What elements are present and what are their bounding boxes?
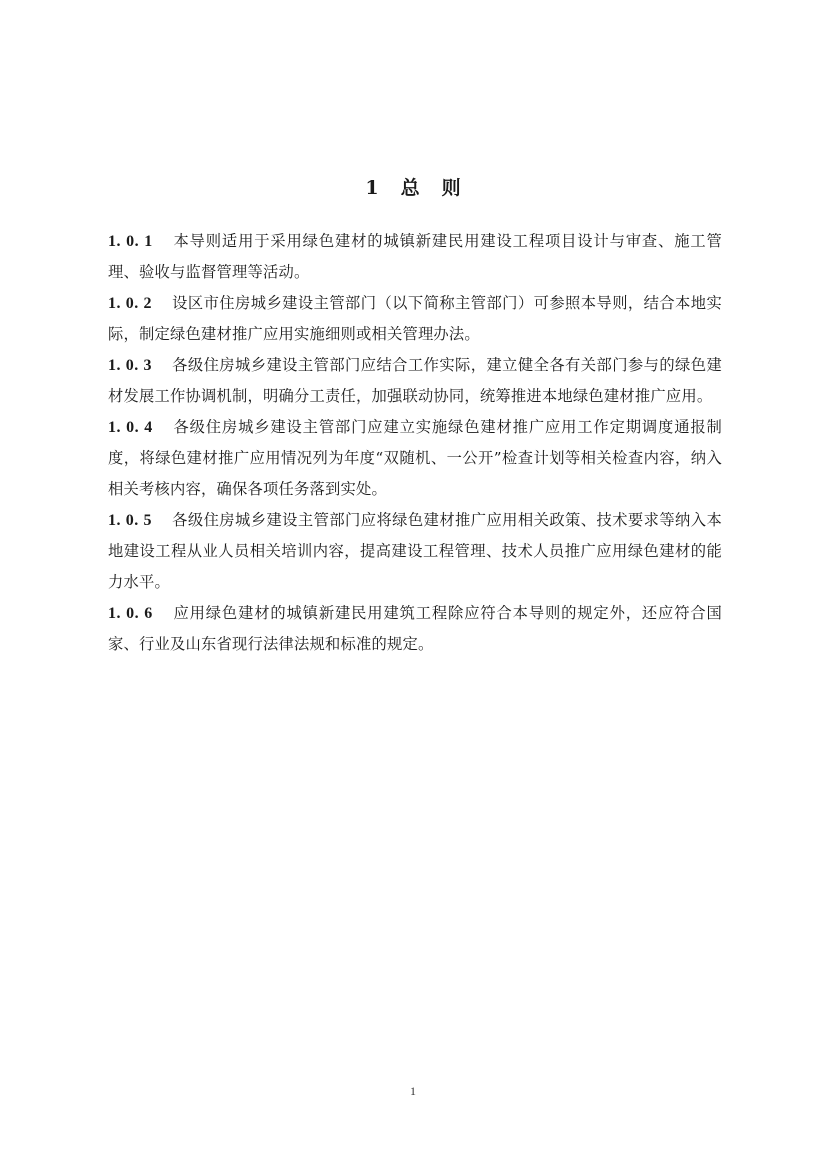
page-number: 1 [0, 1084, 826, 1099]
clause-number: 1. 0. 2 [108, 295, 152, 312]
clause-1-0-5: 1. 0. 5各级住房城乡建设主管部门应将绿色建材推广应用相关政策、技术要求等纳… [108, 505, 722, 598]
chapter-heading: 1总则 [0, 176, 826, 200]
clause-text: 各级住房城乡建设主管部门应将绿色建材推广应用相关政策、技术要求等纳入本地建设工程… [108, 511, 722, 591]
clause-text: 各级住房城乡建设主管部门应结合工作实际，建立健全各有关部门参与的绿色建材发展工作… [108, 356, 722, 405]
chapter-title-char-2: 则 [442, 177, 461, 199]
clause-1-0-3: 1. 0. 3各级住房城乡建设主管部门应结合工作实际，建立健全各有关部门参与的绿… [108, 350, 722, 412]
clause-1-0-2: 1. 0. 2设区市住房城乡建设主管部门（以下简称主管部门）可参照本导则，结合本… [108, 288, 722, 350]
document-page: 1总则 1. 0. 1本导则适用于采用绿色建材的城镇新建民用建设工程项目设计与审… [0, 0, 826, 1169]
clause-1-0-4: 1. 0. 4各级住房城乡建设主管部门应建立实施绿色建材推广应用工作定期调度通报… [108, 412, 722, 505]
clause-number: 1. 0. 1 [108, 233, 153, 250]
clause-number: 1. 0. 6 [108, 605, 153, 622]
clause-text: 各级住房城乡建设主管部门应建立实施绿色建材推广应用工作定期调度通报制度，将绿色建… [108, 418, 722, 498]
clause-text: 本导则适用于采用绿色建材的城镇新建民用建设工程项目设计与审查、施工管理、验收与监… [108, 232, 722, 281]
clause-number: 1. 0. 3 [108, 357, 152, 374]
chapter-body: 1. 0. 1本导则适用于采用绿色建材的城镇新建民用建设工程项目设计与审查、施工… [108, 226, 722, 660]
clause-1-0-1: 1. 0. 1本导则适用于采用绿色建材的城镇新建民用建设工程项目设计与审查、施工… [108, 226, 722, 288]
clause-number: 1. 0. 5 [108, 512, 152, 529]
clause-text: 应用绿色建材的城镇新建民用建筑工程除应符合本导则的规定外，还应符合国家、行业及山… [108, 604, 722, 653]
chapter-number: 1 [365, 177, 378, 199]
chapter-title-char-1: 总 [401, 177, 420, 199]
clause-1-0-6: 1. 0. 6应用绿色建材的城镇新建民用建筑工程除应符合本导则的规定外，还应符合… [108, 598, 722, 660]
clause-text: 设区市住房城乡建设主管部门（以下简称主管部门）可参照本导则，结合本地实际，制定绿… [108, 294, 722, 343]
clause-number: 1. 0. 4 [108, 419, 153, 436]
